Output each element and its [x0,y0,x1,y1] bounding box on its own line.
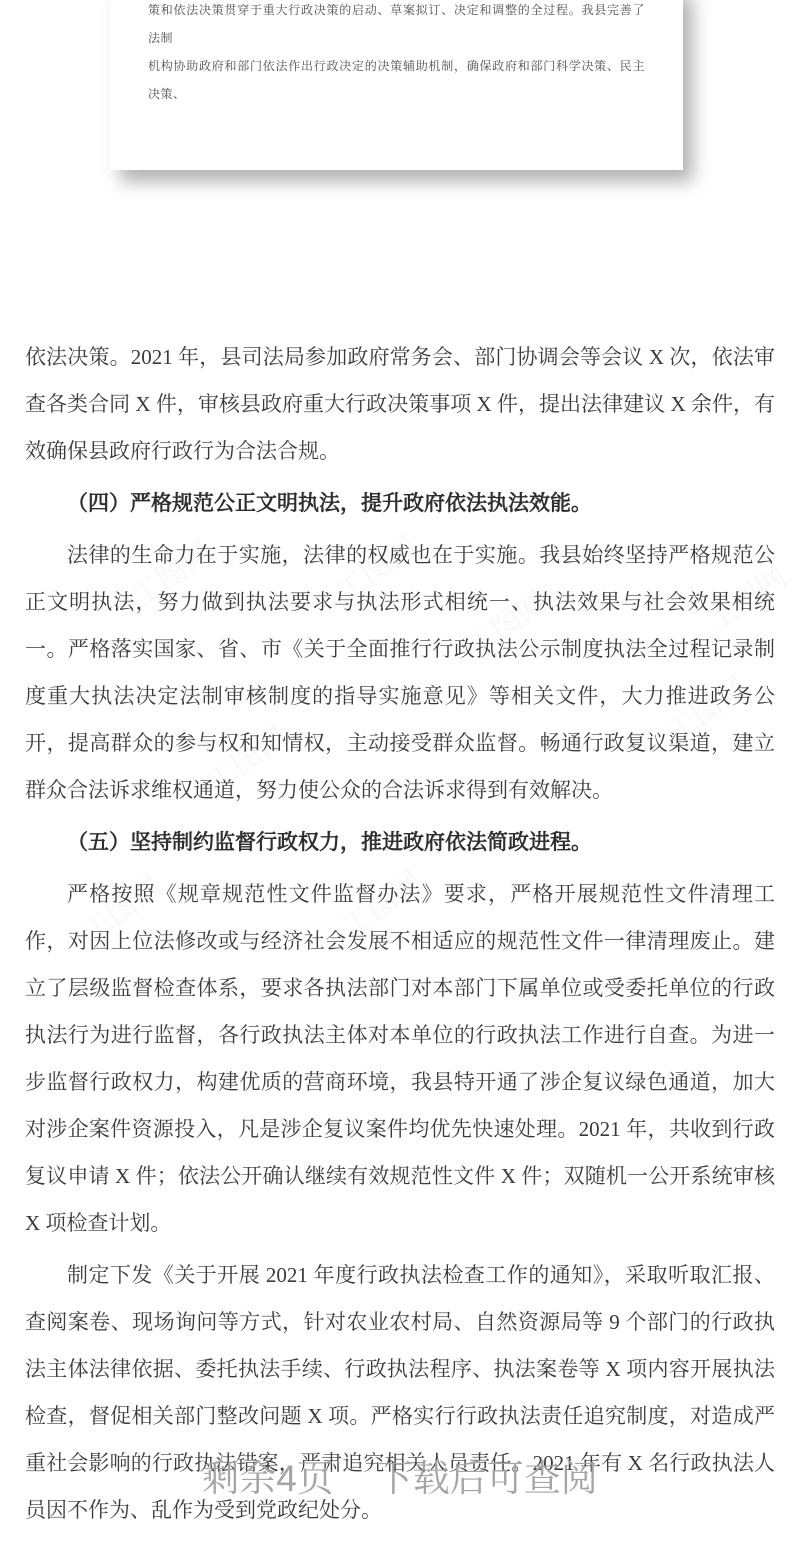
preview-page-text: 策和依法决策贯穿于重大行政决策的启动、草案拟订、决定和调整的全过程。我县完善了法… [110,0,683,108]
document-body: 依法决策。2021 年，县司法局参加政府常务会、部门协调会等会议 X 次，依法审… [0,334,800,1539]
paragraph: 严格按照《规章规范性文件监督办法》要求，严格开展规范性文件清理工作，对因上位法修… [25,871,775,1247]
paragraph: 法律的生命力在于实施，法律的权威也在于实施。我县始终坚持严格规范公正文明执法，努… [25,532,775,814]
remaining-pages-label: 剩余4页 [202,1448,334,1502]
download-to-view-hint: 下载后可查阅 [376,1448,598,1502]
preview-text-line: 机构协助政府和部门依法作出行政决定的决策辅助机制，确保政府和部门科学决策、民主决… [148,52,645,108]
section-heading-4: （四）严格规范公正文明执法，提升政府依法执法效能。 [25,480,775,527]
paragraph-continuation: 依法决策。2021 年，县司法局参加政府常务会、部门协调会等会议 X 次，依法审… [25,334,775,475]
remaining-pages-notice: 剩余4页 下载后可查阅 [0,1448,800,1502]
section-heading-5: （五）坚持制约监督行政权力，推进政府依法简政进程。 [25,819,775,866]
preview-text-line: 策和依法决策贯穿于重大行政决策的启动、草案拟订、决定和调整的全过程。我县完善了法… [148,0,645,52]
document-preview-page: { "page_preview": { "lines": [ "策和依法决策贯穿… [0,0,800,1557]
document-page-preview[interactable]: 策和依法决策贯穿于重大行政决策的启动、草案拟订、决定和调整的全过程。我县完善了法… [110,0,683,170]
